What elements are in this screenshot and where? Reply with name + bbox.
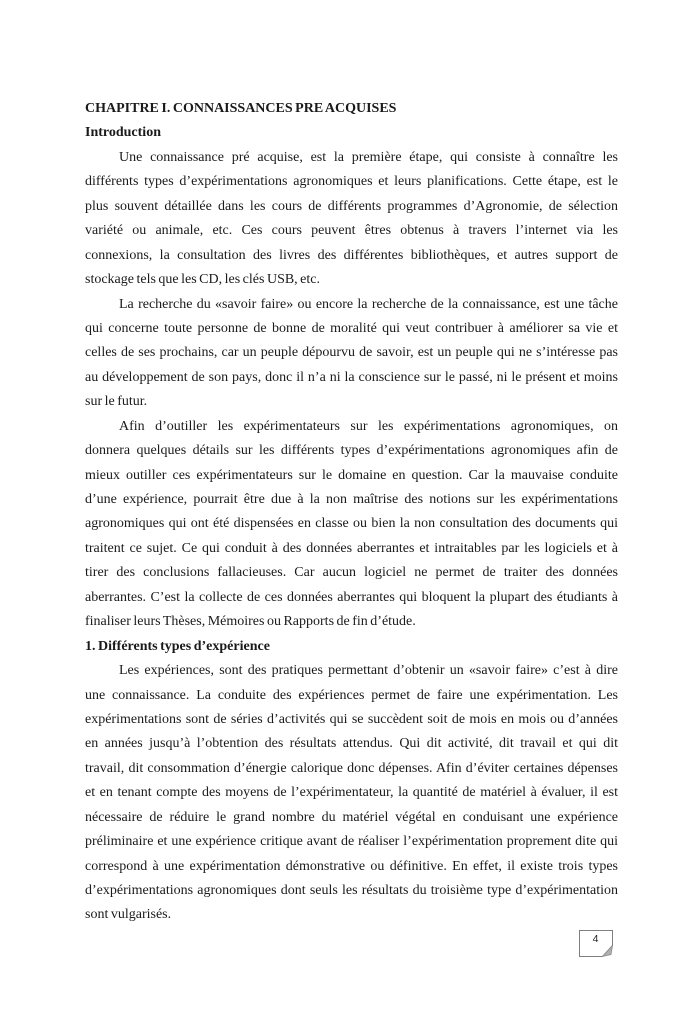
- intro-heading: Introduction: [85, 121, 618, 145]
- document-content: CHAPITRE I. CONNAISSANCES PRE ACQUISESIn…: [85, 97, 618, 928]
- text-line: d’expérimentations agronomiques dont seu…: [85, 879, 618, 903]
- text-line: qui concerne toute personne de bonne de …: [85, 317, 618, 341]
- text-line: et en tenant compte des moyens de l’expé…: [85, 781, 618, 805]
- text-line: tirer des conclusions fallacieuses. Car …: [85, 561, 618, 585]
- text-line: d’une expérience, pourrait être due à la…: [85, 488, 618, 512]
- section-1-heading: 1. Différents types d’expérience: [85, 635, 618, 659]
- text-line: mieux outiller ces expérimentateurs sur …: [85, 464, 618, 488]
- text-line: au développement de son pays, donc il n’…: [85, 366, 618, 390]
- text-line: connexions, la consultation des livres d…: [85, 244, 618, 268]
- text-line: une connaissance. La conduite des expéri…: [85, 684, 618, 708]
- chapter-title: CHAPITRE I. CONNAISSANCES PRE ACQUISES: [85, 97, 618, 121]
- paragraph: Les expériences, sont des pratiques perm…: [85, 659, 618, 928]
- text-line: expérimentations sont de séries d’activi…: [85, 708, 618, 732]
- text-line: aberrantes. C’est la collecte de ces don…: [85, 586, 618, 610]
- text-line: préliminaire et une expérience critique …: [85, 830, 618, 854]
- text-line: agronomiques qui ont été dispensées en c…: [85, 512, 618, 536]
- text-line: variété ou animale, etc. Ces cours peuve…: [85, 219, 618, 243]
- text-line: plus souvent détaillée dans les cours de…: [85, 195, 618, 219]
- text-line: sur le futur.: [85, 390, 618, 414]
- text-line: Afin d’outiller les expérimentateurs sur…: [85, 415, 618, 439]
- document-page: CHAPITRE I. CONNAISSANCES PRE ACQUISESIn…: [0, 0, 700, 1028]
- text-line: Les expériences, sont des pratiques perm…: [85, 659, 618, 683]
- text-line: en années jusqu’à l’obtention des résult…: [85, 732, 618, 756]
- text-line: sont vulgarisés.: [85, 903, 618, 927]
- text-line: Une connaissance pré acquise, est la pre…: [85, 146, 618, 170]
- paragraph: Une connaissance pré acquise, est la pre…: [85, 146, 618, 293]
- text-line: donnera quelques détails sur les différe…: [85, 439, 618, 463]
- page-number-frame: 4: [579, 930, 616, 958]
- text-line: La recherche du «savoir faire» ou encore…: [85, 293, 618, 317]
- text-line: différents types d’expérimentations agro…: [85, 170, 618, 194]
- text-line: stockage tels que les CD, les clés USB, …: [85, 268, 618, 292]
- text-line: correspond à une expérimentation démonst…: [85, 855, 618, 879]
- page-number: 4: [579, 933, 612, 945]
- text-line: travail, dit consommation d’énergie calo…: [85, 757, 618, 781]
- text-line: nécessaire de réduire le grand nombre du…: [85, 806, 618, 830]
- text-line: celles de ses prochains, car un peuple d…: [85, 341, 618, 365]
- text-line: finaliser leurs Thèses, Mémoires ou Rapp…: [85, 610, 618, 634]
- paragraph: La recherche du «savoir faire» ou encore…: [85, 293, 618, 415]
- text-line: traitent ce sujet. Ce qui conduit à des …: [85, 537, 618, 561]
- paragraph: Afin d’outiller les expérimentateurs sur…: [85, 415, 618, 635]
